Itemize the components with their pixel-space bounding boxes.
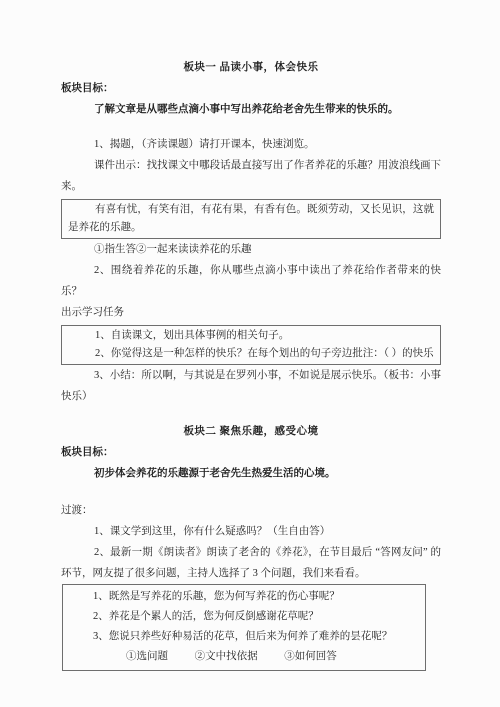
quote-box-text: 有喜有忧，有笑有泪，有花有果，有香有色。既须劳动，又长见识，这就是养花的乐趣。 bbox=[68, 201, 434, 237]
section2-transition-label: 过渡： bbox=[61, 500, 441, 521]
task-item-1: 1、自读课文，划出具体事例的相关句子。 bbox=[68, 327, 434, 345]
quote-box: 有喜有忧，有笑有泪，有花有果，有香有色。既须劳动，又长见识，这就是养花的乐趣。 bbox=[61, 199, 441, 239]
question-item-3: 3、您说只养些好种易活的花草，但后来为何养了难养的昙花呢？ bbox=[93, 627, 417, 647]
option-2: ②文中找依据 bbox=[195, 651, 258, 662]
section2-title: 板块二 聚焦乐趣，感受心境 bbox=[61, 421, 441, 442]
lesson-plan-page: 板块一 品读小事，体会快乐 板块目标： 了解文章是从哪些点滴小事中写出养花给老舍… bbox=[0, 0, 500, 707]
option-1: ①选问题 bbox=[126, 651, 168, 662]
section-block-1: 板块一 品读小事，体会快乐 板块目标： 了解文章是从哪些点滴小事中写出养花给老舍… bbox=[61, 57, 441, 407]
section1-step3-summary: 3、小结：所以啊，与其说是在罗列小事，不如说是展示快乐。（板书：小事 快乐） bbox=[61, 365, 441, 407]
section1-goal-label: 板块目标： bbox=[61, 78, 441, 99]
task-item-2: 2、你觉得这是一种怎样的快乐？在每个划出的句子旁边批注：（ ）的快乐 bbox=[68, 345, 434, 363]
section1-goal-text: 了解文章是从哪些点滴小事中写出养花给老舍先生带来的快乐的。 bbox=[61, 99, 441, 120]
question-item-2: 2、养花是个累人的活，您为何反倒感谢花草呢？ bbox=[93, 607, 417, 627]
section2-goal-label: 板块目标： bbox=[61, 442, 441, 463]
section2-goal-text: 初步体会养花的乐趣源于老舍先生热爱生活的心境。 bbox=[61, 463, 441, 484]
option-3: ③如何回答 bbox=[284, 651, 337, 662]
section1-task-intro: 出示学习任务 bbox=[61, 302, 441, 323]
section2-step2: 2、最新一期《朗读者》朗读了老舍的《养花》，在节目最后 “答网友问” 的环节，网… bbox=[61, 542, 441, 584]
task-box: 1、自读课文，划出具体事例的相关句子。 2、你觉得这是一种怎样的快乐？在每个划出… bbox=[61, 325, 441, 365]
section1-step2: 2、围绕着养花的乐趣，你从哪些点滴小事中读出了养花给作者带来的快乐？ bbox=[61, 260, 441, 302]
section1-step1-notes: ①指生答②一起来读读养花的乐趣 bbox=[61, 239, 441, 260]
section1-title: 板块一 品读小事，体会快乐 bbox=[61, 57, 441, 78]
question-box: 1、既然是写养花的乐趣，您为何写养花的伤心事呢？ 2、养花是个累人的活，您为何反… bbox=[62, 584, 426, 671]
question-item-1: 1、既然是写养花的乐趣，您为何写养花的伤心事呢？ bbox=[93, 587, 417, 607]
section1-step1: 1、揭题，（齐读课题）请打开课本，快速浏览。 bbox=[61, 134, 441, 155]
section1-courseware-prompt: 课件出示：找找课文中哪段话最直接写出了作者养花的乐趣？用波浪线画下来。 bbox=[61, 155, 441, 197]
page-content: 板块一 品读小事，体会快乐 板块目标： 了解文章是从哪些点滴小事中写出养花给老舍… bbox=[61, 57, 441, 671]
question-options-row: ①选问题 ②文中找依据 ③如何回答 bbox=[93, 647, 417, 667]
section2-step1: 1、课文学到这里，你有什么疑惑吗？（生自由答） bbox=[61, 521, 441, 542]
section-block-2: 板块二 聚焦乐趣，感受心境 板块目标： 初步体会养花的乐趣源于老舍先生热爱生活的… bbox=[61, 421, 441, 671]
